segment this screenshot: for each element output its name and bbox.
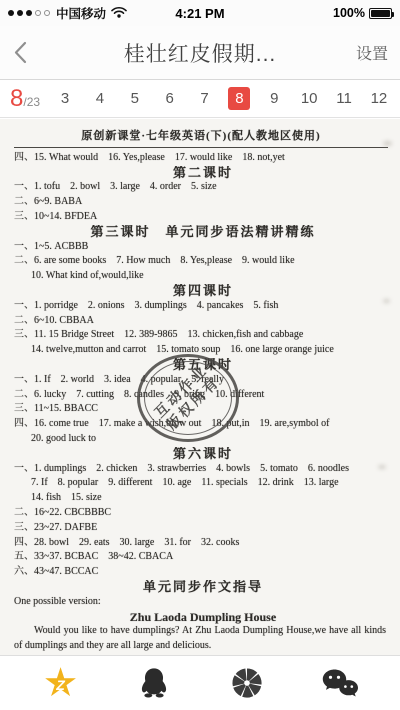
answer-line: 三、23~27. DAFBE <box>14 521 392 536</box>
answer-line: One possible version: <box>14 595 392 610</box>
section-heading: 第二课时 <box>14 166 392 181</box>
copyright-stamp: 互动作业 版权所有 <box>137 354 239 442</box>
answer-line: 7. If 8. popular 9. different 10. age 11… <box>14 476 392 491</box>
carrier-label: 中国移动 <box>56 4 106 22</box>
essay-title: Zhu Laoda Dumpling House <box>14 610 392 625</box>
tab-page-3[interactable]: 3 <box>54 87 76 110</box>
answer-line: 一、1~5. ACBBB <box>14 240 392 255</box>
total-page-count: /23 <box>23 95 40 109</box>
page-title: 桂壮红皮假期... <box>60 38 340 68</box>
nav-bar: 桂壮红皮假期... 设置 <box>0 26 400 80</box>
book-header: 原创新课堂·七年级英语(下)(配人教地区使用) <box>14 129 388 148</box>
essay-paragraph: Would you like to have dumplings? At Zhu… <box>14 624 392 654</box>
battery-icon <box>369 8 392 19</box>
page-tabs: 3 4 5 6 7 8 9 10 11 12 <box>54 87 390 110</box>
app-screen: 中国移动 4:21 PM 100% 桂壮红皮假期... 设置 8/23 <box>0 0 400 710</box>
aperture-capture-button[interactable] <box>225 661 269 705</box>
answer-line: 四、28. bowl 29. eats 30. large 31. for 32… <box>14 536 392 551</box>
tab-page-10[interactable]: 10 <box>298 87 320 110</box>
wechat-icon <box>321 668 359 699</box>
qq-penguin-icon <box>137 666 171 700</box>
answer-line: 五、33~37. BCBAC 38~42. CBACA <box>14 550 392 565</box>
back-button[interactable] <box>0 26 40 80</box>
share-toolbar: ★ Z <box>0 655 400 710</box>
answer-line: 二、6~10. CBBAA <box>14 314 392 329</box>
answer-line: 四、15. What would 16. Yes,please 17. woul… <box>14 151 392 166</box>
answer-line: 14. fish 15. size <box>14 491 392 506</box>
answer-line: 三、10~14. BFDEA <box>14 210 392 225</box>
qzone-share-button[interactable]: ★ Z <box>39 661 83 705</box>
tab-page-8-selected[interactable]: 8 <box>228 87 250 110</box>
answer-line: 六、43~47. BCCAC <box>14 565 392 580</box>
page-number-bar: 8/23 3 4 5 6 7 8 9 10 11 12 <box>0 80 400 118</box>
answer-line: 一、1. dumplings 2. chicken 3. strawberrie… <box>14 462 392 477</box>
scanned-answer-page: 原创新课堂·七年级英语(下)(配人教地区使用) 四、15. What would… <box>0 119 400 655</box>
page-indicator: 8/23 <box>10 85 40 113</box>
chevron-left-icon <box>14 41 27 64</box>
answer-line: 一、1. porridge 2. onions 3. dumplings 4. … <box>14 299 392 314</box>
tab-page-11[interactable]: 11 <box>333 87 355 110</box>
signal-strength-icon <box>8 10 50 16</box>
status-bar: 中国移动 4:21 PM 100% <box>0 0 400 26</box>
scan-smudge <box>378 465 386 469</box>
answer-line: 二、6~9. BABA <box>14 195 392 210</box>
battery-percent: 100% <box>333 6 365 20</box>
settings-button[interactable]: 设置 <box>344 41 400 64</box>
scan-smudge <box>383 299 390 303</box>
section-heading: 单元同步作文指导 <box>14 580 392 595</box>
current-page-number: 8 <box>10 85 23 113</box>
aperture-icon <box>230 666 264 700</box>
tab-page-4[interactable]: 4 <box>89 87 111 110</box>
tab-page-12[interactable]: 12 <box>368 87 390 110</box>
wechat-share-button[interactable] <box>318 661 362 705</box>
tab-page-6[interactable]: 6 <box>159 87 181 110</box>
answer-line: 三、11. 15 Bridge Street 12. 389-9865 13. … <box>14 328 392 343</box>
answer-line: 二、6. are some books 7. How much 8. Yes,p… <box>14 254 392 269</box>
answer-line: 二、16~22. CBCBBBC <box>14 506 392 521</box>
wifi-icon <box>111 6 127 21</box>
scan-smudge <box>383 141 392 146</box>
answer-line: 一、1. tofu 2. bowl 3. large 4. order 5. s… <box>14 180 392 195</box>
qzone-z-letter: Z <box>39 677 83 693</box>
section-heading: 第四课时 <box>14 284 392 299</box>
section-heading: 第六课时 <box>14 447 392 462</box>
tab-page-9[interactable]: 9 <box>263 87 285 110</box>
section-heading: 第三课时 单元同步语法精讲精练 <box>14 225 392 240</box>
tab-page-5[interactable]: 5 <box>124 87 146 110</box>
answer-line: 10. What kind of,would,like <box>14 269 392 284</box>
tab-page-7[interactable]: 7 <box>194 87 216 110</box>
qq-share-button[interactable] <box>132 661 176 705</box>
